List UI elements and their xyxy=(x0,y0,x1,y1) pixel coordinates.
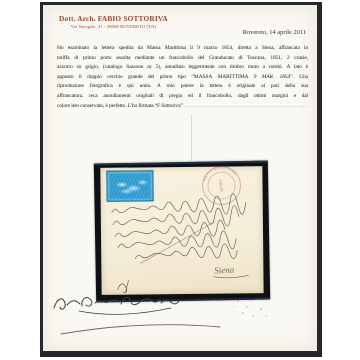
letterhead-address: Via Naviglio, 31 - 38068 ROVERETO (TN) xyxy=(59,24,168,29)
pen-stroke-diagonal xyxy=(140,222,215,264)
body-line: Ho esaminato la lettera spedita da Massa… xyxy=(57,44,308,54)
body-line: colore ben conservato, è perfetto. L'ho … xyxy=(57,102,308,112)
ink-speckles xyxy=(228,293,273,321)
pen-flourish xyxy=(55,317,225,339)
body-line: azzurro su grigio, (catalogo Sassone nr … xyxy=(57,63,308,73)
body-line: tariffa di primo porto assolta mediante … xyxy=(57,54,308,64)
envelope: MASSA MARITTIMA 9 MAR Siena xyxy=(100,166,263,295)
destination-siena: Siena xyxy=(214,264,235,275)
body-line: affrancatura, reca annullamenti original… xyxy=(57,92,308,102)
address-handwriting: Siena xyxy=(100,166,263,295)
letterhead: Dott. Arch. FABIO SOTTORIVA Via Naviglio… xyxy=(59,14,168,29)
body-text: Ho esaminato la lettera spedita da Massa… xyxy=(57,44,308,111)
letterhead-name: Dott. Arch. FABIO SOTTORIVA xyxy=(59,14,168,23)
paper-crease xyxy=(191,115,192,161)
certificate-page: Dott. Arch. FABIO SOTTORIVA Via Naviglio… xyxy=(40,2,322,357)
expert-signature xyxy=(51,291,186,317)
body-line: riproduzione fotografica è qui unita. A … xyxy=(57,82,308,92)
body-line: apposto il doppio cerchio grande del pri… xyxy=(57,73,308,83)
date-line: Rovereto, 14 aprile 2011 xyxy=(243,29,306,36)
cover-photo: MASSA MARITTIMA 9 MAR Siena xyxy=(94,160,270,302)
